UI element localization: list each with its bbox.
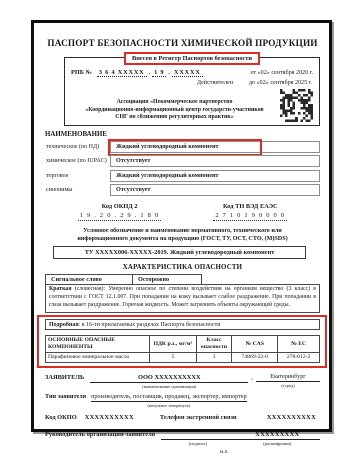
applicant-type-value: производитель, поставщик, продавец, эксп…: [91, 393, 247, 402]
field-value: Жидкий углеводородный компонент: [110, 170, 320, 182]
applicant-label: ЗАЯВИТЕЛЬ: [45, 374, 84, 381]
col-header-cas: № CAS: [232, 336, 278, 353]
rpb-label: РПБ №: [71, 69, 92, 76]
signal-word-label: Сигнальное слово: [45, 274, 133, 285]
association-name: Ассоциация «Некоммерческое партнерство «…: [71, 99, 278, 122]
rpb-number-part1: 3 6 4 ХХХХХ: [97, 69, 147, 77]
brief-hazard-description: Краткая (словесная): Умеренно опасное по…: [45, 284, 320, 313]
okpd-code-block: Код ОКПД 2 1 9 . 2 0 . 2 9 . 1 8 0: [78, 203, 162, 221]
applicant-row: ЗАЯВИТЕЛЬ ООО ХХХХХХХХХХ (наименование о…: [45, 374, 320, 389]
emergency-phone-label: Телефон экстренной связи: [160, 414, 237, 421]
col-header-class: Класс опасности: [196, 336, 232, 353]
tnved-value: 2 7 1 0 1 9 0 0 0 0: [213, 212, 287, 221]
tnved-label: Код ТН ВЭД ЕАЭС: [213, 203, 287, 210]
date-from: от «02» сентября 2020 г.: [250, 70, 313, 76]
applicant-city-caption: (город): [256, 383, 320, 388]
okpo-label: Код ОКПО: [45, 414, 77, 421]
applicant-city: Екатеринбург: [256, 374, 320, 382]
rpb-number-part3: ХХХХХ: [172, 69, 203, 77]
field-label: синонимы: [45, 187, 110, 193]
hazard-section-title: ХАРАКТЕРИСТИКА ОПАСНОСТИ: [45, 264, 320, 271]
okpo-value: ХХХХХХХХХХ: [85, 414, 134, 421]
naming-section-title: НАИМЕНОВАНИЕ: [45, 131, 320, 138]
naming-row-chemical: химическое (по IUPAC) Отсутствует: [45, 155, 320, 167]
applicant-type-block: производитель, поставщик, продавец, эксп…: [91, 393, 247, 408]
head-name-caption: (расшифровка): [235, 441, 320, 446]
applicant-type-caption: (ненужное зачеркнуть): [91, 403, 247, 408]
applicant-city-block: Екатеринбург (город): [256, 374, 320, 388]
applicant-org-block: ООО ХХХХХХХХХХ (наименование организации…: [90, 374, 248, 389]
field-label: техническое (по НД): [45, 144, 110, 150]
signal-word-value: Осторожно: [133, 274, 202, 285]
rpb-separator: .: [168, 69, 170, 76]
page-title: ПАСПОРТ БЕЗОПАСНОСТИ ХИМИЧЕСКОЙ ПРОДУКЦИ…: [45, 38, 320, 48]
stamp-place-note: м.п.: [161, 449, 234, 455]
applicant-org-caption: (наименование организации): [90, 384, 248, 389]
signature-line: [161, 432, 234, 440]
highlighted-hazard-section: Подробная: в 16-ти прилагаемых разделах …: [37, 315, 327, 368]
safety-data-sheet-page: ПАСПОРТ БЕЗОПАСНОСТИ ХИМИЧЕСКОЙ ПРОДУКЦИ…: [0, 0, 361, 456]
document-ref-value: ТУ ХХХХХ006-ХХХХХ-2019. Жидкий углеводор…: [53, 246, 306, 259]
rpb-separator: .: [149, 69, 151, 76]
registry-stamp-badge: Внесен в Регистр Паспортов безопасности: [124, 52, 260, 65]
cell-component-name: Парафиновое минеральное масло: [46, 353, 150, 363]
cell-cas: 74869-22-0: [232, 353, 278, 363]
cell-pdk: 5: [150, 353, 197, 363]
applicant-type-label: Тип заявителя: [45, 393, 86, 400]
qr-code-icon: [280, 89, 313, 122]
naming-row-synonyms: синонимы Отсутствует: [45, 184, 320, 196]
association-row: Ассоциация «Некоммерческое партнерство «…: [71, 89, 313, 122]
codes-row: Код ОКПД 2 1 9 . 2 0 . 2 9 . 1 8 0 Код Т…: [45, 203, 320, 221]
detailed-hazard-row: Подробная: в 16-ти прилагаемых разделах …: [45, 319, 320, 330]
cell-class: 3: [196, 353, 232, 363]
cell-ec: 278-012-2: [278, 353, 320, 363]
signature-caption: (подпись): [161, 441, 234, 446]
field-value: Отсутствует: [110, 155, 320, 167]
document-ref-caption: Условное обозначение и наименование норм…: [45, 227, 320, 243]
validity-row: Действителен до «02» сентября 2025 г.: [71, 80, 313, 86]
naming-row-trade: торговое Жидкий углеводородный компонент: [45, 170, 320, 182]
valid-label: Действителен: [197, 80, 233, 86]
field-label: торговое: [45, 173, 110, 179]
table-header-row: ОСНОВНЫЕ ОПАСНЫЕ КОМПОНЕНТЫ ПДК р.з., мг…: [46, 336, 320, 353]
field-value: Жидкий углеводородный компонент: [110, 141, 320, 153]
col-header-components: ОСНОВНЫЕ ОПАСНЫЕ КОМПОНЕНТЫ: [46, 336, 150, 353]
head-of-org-label: Руководитель организации-заявителя: [45, 431, 155, 438]
okpd-value: 1 9 . 2 0 . 2 9 . 1 8 0: [78, 212, 162, 221]
table-row: Парафиновое минеральное масло 5 3 74869-…: [46, 353, 320, 363]
applicant-type-row: Тип заявителя производитель, поставщик, …: [45, 393, 320, 408]
rpb-number-row: РПБ № 3 6 4 ХХХХХ . 1 9 . ХХХХХ от «02» …: [71, 69, 313, 77]
registration-header: Внесен в Регистр Паспортов безопасности …: [64, 57, 320, 126]
head-name-value: ХХХХХХХХХ: [235, 431, 320, 440]
okpo-phone-row: Код ОКПО ХХХХХХХХХХ Телефон экстренной с…: [45, 414, 320, 421]
applicant-org-name: ООО ХХХХХХХХХХ: [90, 374, 248, 383]
signature-row: Руководитель организации-заявителя (подп…: [45, 431, 320, 455]
tnved-code-block: Код ТН ВЭД ЕАЭС 2 7 1 0 1 9 0 0 0 0: [213, 203, 287, 221]
signature-block: (подпись) м.п.: [161, 432, 234, 455]
date-to: до «02» сентября 2025 г.: [249, 80, 312, 86]
col-header-pdk: ПДК р.з., мг/м³: [150, 336, 197, 353]
rpb-number-part2: 1 9: [152, 69, 166, 77]
field-label: химическое (по IUPAC): [45, 158, 110, 164]
emergency-phone-value: ХХХХХХХХХХ: [267, 414, 316, 421]
comma: ,: [251, 374, 253, 381]
document-frame: ПАСПОРТ БЕЗОПАСНОСТИ ХИМИЧЕСКОЙ ПРОДУКЦИ…: [31, 20, 332, 432]
naming-row-technical: техническое (по НД) Жидкий углеводородны…: [45, 141, 320, 153]
field-value: Отсутствует: [110, 184, 320, 196]
hazard-components-table: ОСНОВНЫЕ ОПАСНЫЕ КОМПОНЕНТЫ ПДК р.з., мг…: [45, 335, 320, 363]
okpd-label: Код ОКПД 2: [78, 203, 162, 210]
col-header-ec: № ЕС: [278, 336, 320, 353]
head-name-block: ХХХХХХХХХ (расшифровка): [235, 431, 320, 446]
